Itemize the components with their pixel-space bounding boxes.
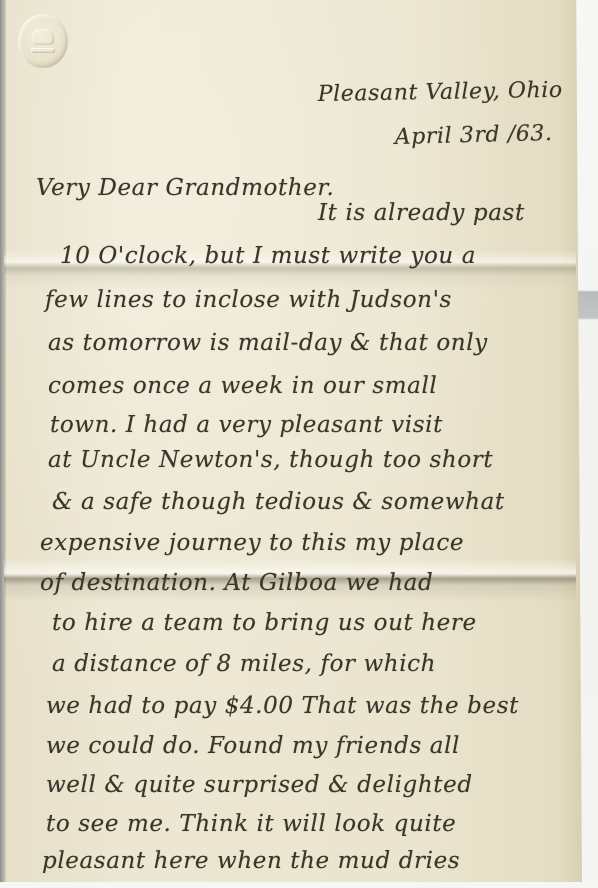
scanner-background-bottom [0,882,598,888]
letter-body-line: well & quite surprised & delighted [46,772,473,798]
letter-body-line: to hire a team to bring us out here [52,610,477,636]
letter-date: April 3rd /63. [394,121,553,150]
letter-place: Pleasant Valley, Ohio [318,78,563,107]
letter-body-line: expensive journey to this my place [40,530,464,556]
letter-body-line: town. I had a very pleasant visit [50,412,443,438]
letter-salutation: Very Dear Grandmother. [36,175,334,201]
letter-body-line: comes once a week in our small [48,373,437,399]
letter-body-line: few lines to inclose with Judson's [45,287,452,313]
letter-body-line: It is already past [318,200,525,226]
paper-left-edge-shadow [0,0,6,888]
letter-body-line: we could do. Found my friends all [46,733,460,759]
letter-body-line: as tomorrow is mail-day & that only [48,330,488,356]
letter-body-line: & a safe though tedious & somewhat [52,489,505,515]
letter-body-line: we had to pay $4.00 That was the best [46,693,519,719]
letter-body-line: 10 O'clock, but I must write you a [60,243,476,269]
letter-body-line: at Uncle Newton's, though too short [48,447,493,473]
letter-body-line: of destination. At Gilboa we had [40,570,433,596]
embossed-seal-icon [18,14,68,68]
scanned-letter-page: Pleasant Valley, Ohio April 3rd /63. Ver… [0,0,598,888]
letter-body-line: a distance of 8 miles, for which [52,651,436,677]
letter-body-line: to see me. Think it will look quite [46,811,456,837]
letter-body-line: pleasant here when the mud dries [42,848,460,874]
